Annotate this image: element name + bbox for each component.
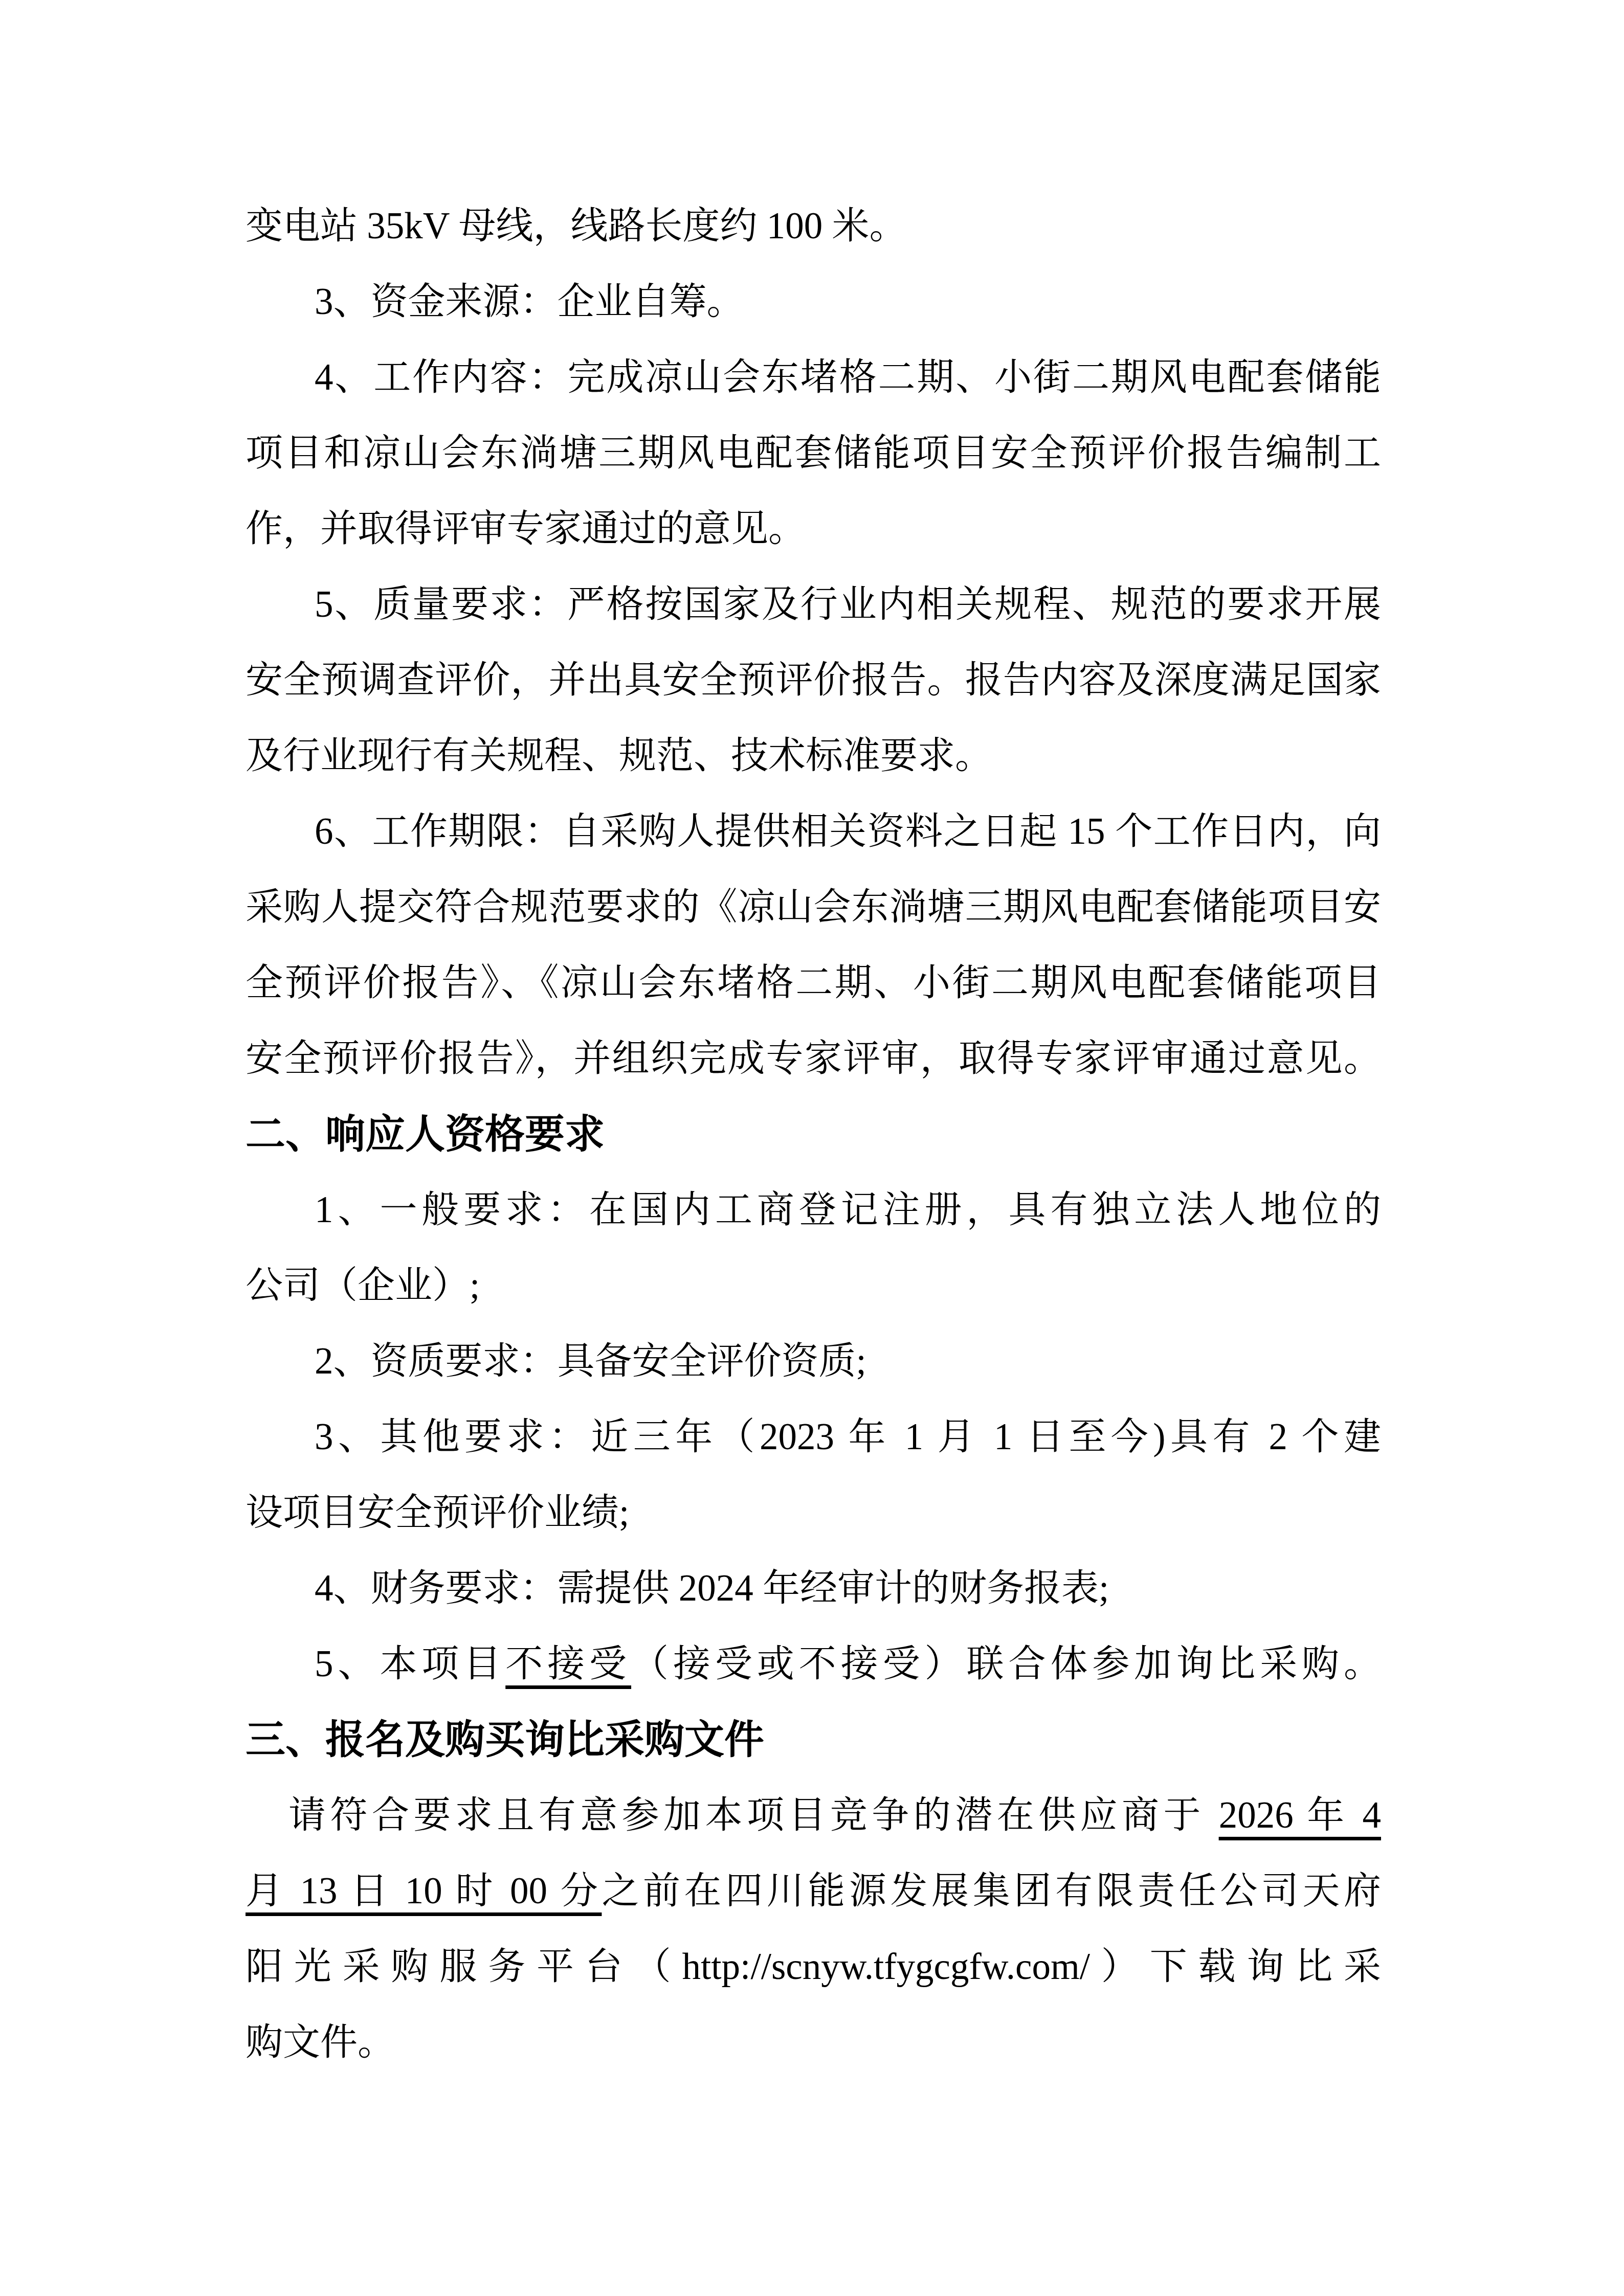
platform-url: http://scnyw.tfygcgfw.com/ — [682, 1946, 1090, 1987]
doc-line: 作，并取得评审专家通过的意见。 — [246, 491, 1381, 567]
doc-line: 购文件。 — [246, 2005, 1381, 2080]
document-page: 变电站 35kV 母线，线路长度约 100 米。 3、资金来源：企业自筹。 4、… — [0, 0, 1624, 2296]
doc-line: 5、本项目不接受（接受或不接受）联合体参加询比采购。 — [246, 1626, 1381, 1702]
line-text: 阳光采购服务平台（ — [246, 1946, 682, 1987]
line-text: 5、本项目 — [315, 1643, 505, 1684]
line-text: （接受或不接受）联合体参加询比采购。 — [631, 1643, 1381, 1684]
no-joint-venture-underline: 不接受 — [505, 1643, 631, 1684]
line-text: 请符合要求且有意参加本项目竞争的潜在供应商于 — [288, 1794, 1219, 1836]
doc-line: 请符合要求且有意参加本项目竞争的潜在供应商于 2026 年 4 — [246, 1777, 1381, 1853]
document-body: 变电站 35kV 母线，线路长度约 100 米。 3、资金来源：企业自筹。 4、… — [246, 188, 1381, 2080]
doc-line: 变电站 35kV 母线，线路长度约 100 米。 — [246, 188, 1381, 264]
doc-line: 安全预调查评价，并出具安全预评价报告。报告内容及深度满足国家 — [246, 642, 1381, 718]
doc-line: 4、工作内容：完成凉山会东堵格二期、小街二期风电配套储能 — [246, 340, 1381, 415]
line-text: ）下载询比采 — [1090, 1946, 1381, 1987]
section-heading-registration-purchase: 三、报名及购买询比采购文件 — [246, 1702, 1381, 1777]
doc-line: 6、工作期限：自采购人提供相关资料之日起 15 个工作日内，向 — [246, 794, 1381, 869]
doc-line: 公司（企业）; — [246, 1248, 1381, 1323]
doc-line: 2、资质要求：具备安全评价资质; — [246, 1323, 1381, 1399]
doc-line: 1、一般要求：在国内工商登记注册，具有独立法人地位的 — [246, 1172, 1381, 1248]
doc-line: 项目和凉山会东淌塘三期风电配套储能项目安全预评价报告编制工 — [246, 415, 1381, 491]
doc-line: 5、质量要求：严格按国家及行业内相关规程、规范的要求开展 — [246, 567, 1381, 642]
line-text: 之前在四川能源发展集团有限责任公司天府 — [602, 1870, 1381, 1911]
doc-line: 及行业现行有关规程、规范、技术标准要求。 — [246, 718, 1381, 794]
doc-line: 安全预评价报告》，并组织完成专家评审，取得专家评审通过意见。 — [246, 1021, 1381, 1096]
doc-line: 3、资金来源：企业自筹。 — [246, 264, 1381, 340]
doc-line: 设项目安全预评价业绩; — [246, 1475, 1381, 1550]
doc-line: 月 13 日 10 时 00 分之前在四川能源发展集团有限责任公司天府 — [246, 1853, 1381, 1929]
doc-line: 采购人提交符合规范要求的《凉山会东淌塘三期风电配套储能项目安 — [246, 869, 1381, 945]
doc-line: 3、其他要求：近三年（2023 年 1 月 1 日至今)具有 2 个建 — [246, 1399, 1381, 1475]
doc-line: 阳光采购服务平台（http://scnyw.tfygcgfw.com/）下载询比… — [246, 1929, 1381, 2005]
deadline-date-underline: 2026 年 4 — [1219, 1794, 1381, 1836]
deadline-time-underline: 月 13 日 10 时 00 分 — [246, 1870, 602, 1911]
doc-line: 全预评价报告》、《凉山会东堵格二期、小街二期风电配套储能项目 — [246, 945, 1381, 1021]
doc-line: 4、财务要求：需提供 2024 年经审计的财务报表; — [246, 1550, 1381, 1626]
section-heading-responder-qualifications: 二、响应人资格要求 — [246, 1096, 1381, 1172]
